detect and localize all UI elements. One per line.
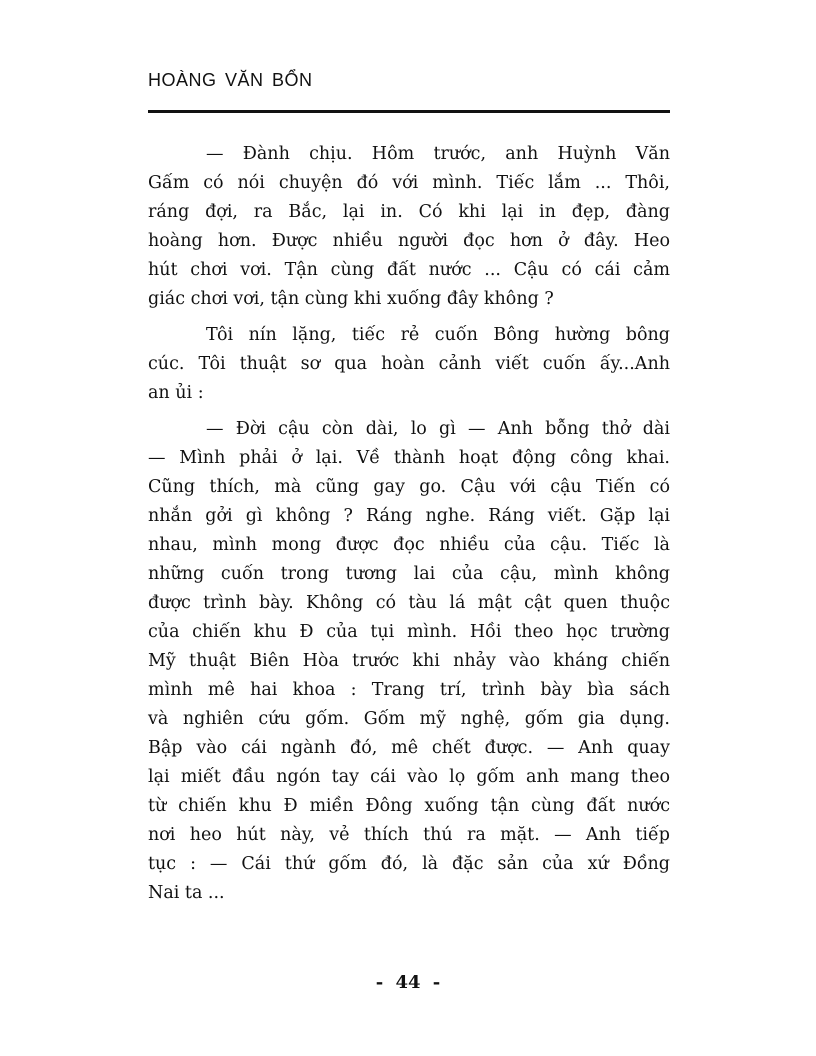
text-line: hoàng hơn. Được nhiều người đọc hơn ở đâ… [148, 227, 670, 256]
text-line: nơi heo hút này, vẻ thích thú ra mặt. — … [148, 821, 670, 850]
text-line: Bập vào cái ngành đó, mê chết được. — An… [148, 734, 670, 763]
text-line: mình mê hai khoa : Trang trí, trình bày … [148, 676, 670, 705]
text-line: — Đời cậu còn dài, lo gì — Anh bỗng thở … [148, 415, 670, 444]
running-header-author: HOÀNG VĂN BỔN [148, 70, 313, 91]
text-line: nhắn gởi gì không ? Ráng nghe. Ráng viết… [148, 502, 670, 531]
text-line: Nai ta ... [148, 879, 670, 908]
text-line: lại miết đầu ngón tay cái vào lọ gốm anh… [148, 763, 670, 792]
text-line: Cũng thích, mà cũng gay go. Cậu với cậu … [148, 473, 670, 502]
text-line: những cuốn trong tương lai của cậu, mình… [148, 560, 670, 589]
text-line: Gấm có nói chuyện đó với mình. Tiếc lắm … [148, 169, 670, 198]
text-line: Mỹ thuật Biên Hòa trước khi nhảy vào khá… [148, 647, 670, 676]
text-line: — Đành chịu. Hôm trước, anh Huỳnh Văn [148, 140, 670, 169]
body-text: — Đành chịu. Hôm trước, anh Huỳnh Văn Gấ… [148, 140, 670, 908]
book-page: HOÀNG VĂN BỔN — Đành chịu. Hôm trước, an… [0, 0, 816, 1056]
text-line: của chiến khu Đ của tụi mình. Hồi theo h… [148, 618, 670, 647]
text-line: an ủi : [148, 379, 670, 408]
text-line: cúc. Tôi thuật sơ qua hoàn cảnh viết cuố… [148, 350, 670, 379]
text-line: từ chiến khu Đ miền Đông xuống tận cùng … [148, 792, 670, 821]
text-line: hút chơi vơi. Tận cùng đất nước ... Cậu … [148, 256, 670, 285]
page-number: - 44 - [0, 972, 816, 993]
text-line: nhau, mình mong được đọc nhiều của cậu. … [148, 531, 670, 560]
text-line: được trình bày. Không có tàu lá mật cật … [148, 589, 670, 618]
header-rule [148, 110, 670, 113]
text-line: — Mình phải ở lại. Về thành hoạt động cô… [148, 444, 670, 473]
text-line: giác chơi vơi, tận cùng khi xuống đây kh… [148, 285, 670, 314]
text-line: Tôi nín lặng, tiếc rẻ cuốn Bông hường bô… [148, 321, 670, 350]
text-line: tục : — Cái thứ gốm đó, là đặc sản của x… [148, 850, 670, 879]
text-line: và nghiên cứu gốm. Gốm mỹ nghệ, gốm gia … [148, 705, 670, 734]
text-line: ráng đợi, ra Bắc, lại in. Có khi lại in … [148, 198, 670, 227]
